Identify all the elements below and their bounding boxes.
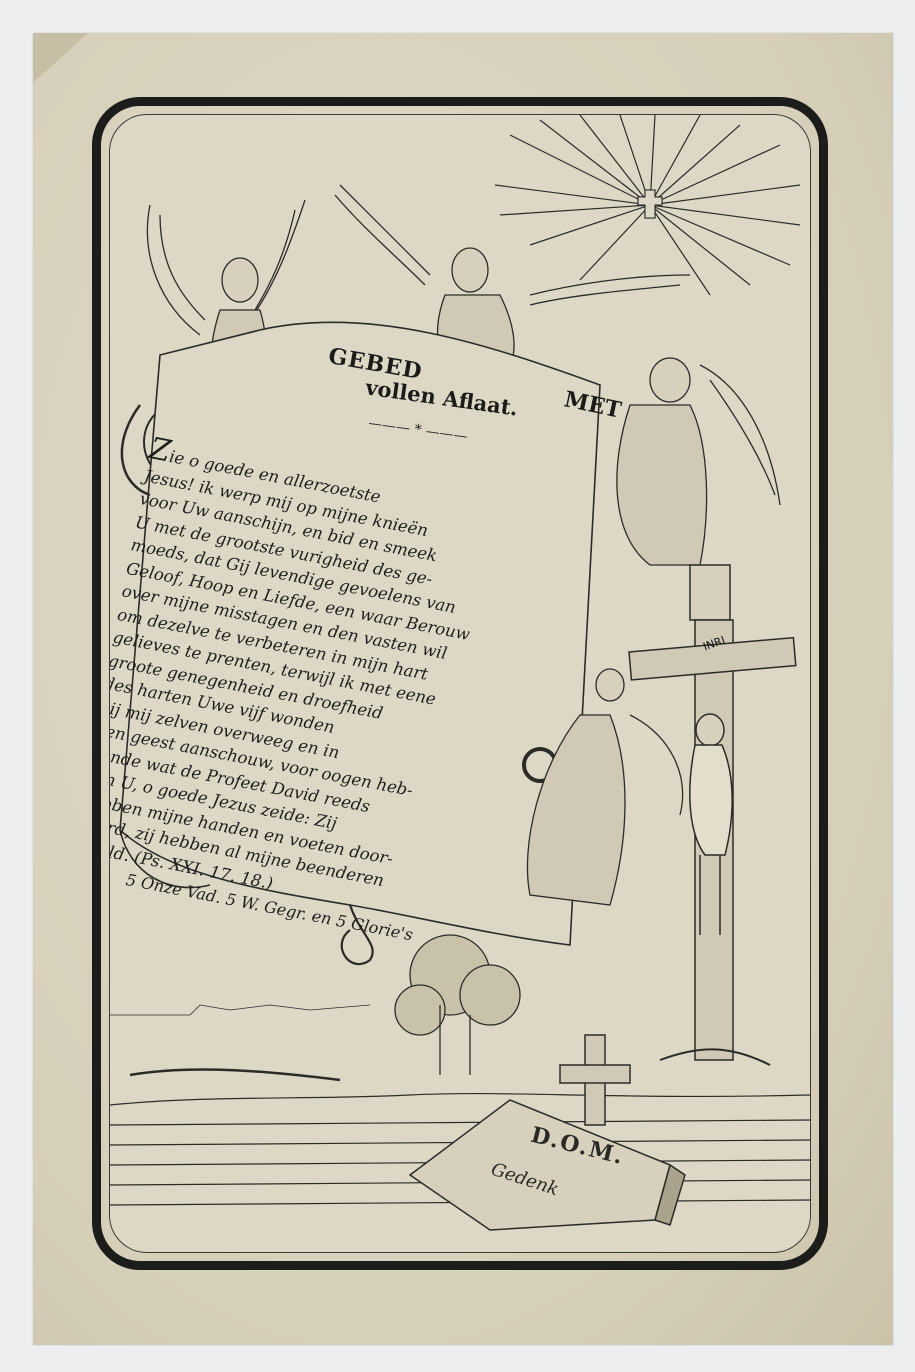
engraving-panel: GEBED MET vollen Aflaat. ——— * ——— Zie o…	[109, 114, 811, 1253]
prayer-card: GEBED MET vollen Aflaat. ——— * ——— Zie o…	[33, 33, 893, 1345]
prayer-text: Zie o goede en allerzoetste Jesus! ik we…	[109, 437, 613, 946]
radiant-cross-icon	[495, 115, 800, 295]
corner-stain	[33, 33, 88, 83]
mourning-border: GEBED MET vollen Aflaat. ——— * ——— Zie o…	[92, 97, 828, 1270]
angel-praying-icon	[617, 358, 780, 565]
tree-icon	[395, 935, 520, 1075]
